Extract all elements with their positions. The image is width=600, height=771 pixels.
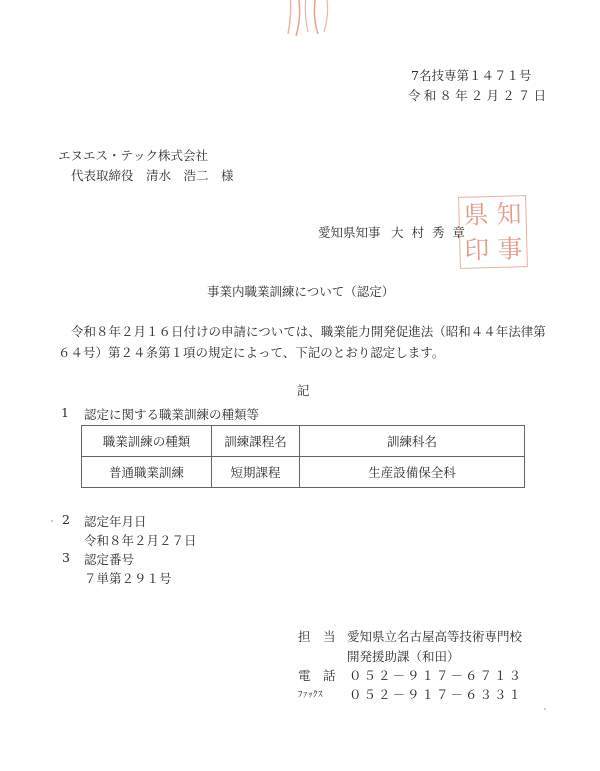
scan-speck [51,520,53,522]
seal-char: 知 [492,196,526,232]
table-header-cell: 訓練科名 [300,426,525,457]
training-table: 職業訓練の種類 訓練課程名 訓練科名 普通職業訓練 短期課程 生産設備保全科 [81,425,525,488]
contact-tanto-label: 担 当 [298,627,336,645]
seal-char: 事 [493,231,527,267]
seal-char: 県 [459,197,493,233]
item-2-number: 2 [62,512,70,527]
table-header-cell: 訓練課程名 [212,426,300,457]
partial-seal-stamp [282,0,342,38]
item-2-label: 認定年月日 [84,512,147,530]
table-cell: 生産設備保全科 [300,457,525,488]
table-header-row: 職業訓練の種類 訓練課程名 訓練科名 [82,426,525,457]
contact-phone: ０５２－９１７－６７１３ [349,666,523,684]
contact-school: 愛知県立名古屋高等技術専門校 [347,627,522,645]
table-cell: 短期課程 [212,457,300,488]
ki-heading: 記 [297,381,310,399]
recipient-representative: 代表取締役 清水 浩二 様 [71,166,234,184]
sender-title: 愛知県知事 [318,223,381,241]
governor-seal-stamp: 県 知 印 事 [458,195,528,269]
document-date: 令和８年２月２７日 [408,86,549,104]
item-3-value: ７単第２９１号 [84,569,172,587]
table-row: 普通職業訓練 短期課程 生産設備保全科 [82,457,525,488]
item-2-value: 令和８年２月２７日 [84,531,197,549]
body-line-1: 令和８年２月１６日付けの申請については、職業能力開発促進法（昭和４４年法律第 [71,322,546,340]
contact-phone-label: 電 話 [298,666,336,684]
body-line-2: ６４号）第２４条第１項の規定によって、下記のとおり認定します。 [58,343,444,361]
scan-speck [544,708,546,710]
item-1-number: 1 [61,405,69,420]
sender-name: 大 村 秀 章 [391,223,467,241]
recipient-company: エヌエス・テック株式会社 [58,146,208,164]
subject-title: 事業内職業訓練について（認定） [207,282,394,300]
table-cell: 普通職業訓練 [82,457,212,488]
contact-fax: ０５２－９１７－６３３１ [349,685,523,703]
table-header-cell: 職業訓練の種類 [82,426,212,457]
item-3-label: 認定番号 [84,550,134,568]
contact-department: 開発援助課（和田） [347,647,460,665]
item-3-number: 3 [62,550,70,565]
contact-fax-label: ﾌｧｯｸｽ [298,687,323,700]
document-number: 7名技専第１４７１号 [411,66,531,84]
item-1-label: 認定に関する職業訓練の種類等 [84,405,259,423]
seal-char: 印 [460,232,494,268]
